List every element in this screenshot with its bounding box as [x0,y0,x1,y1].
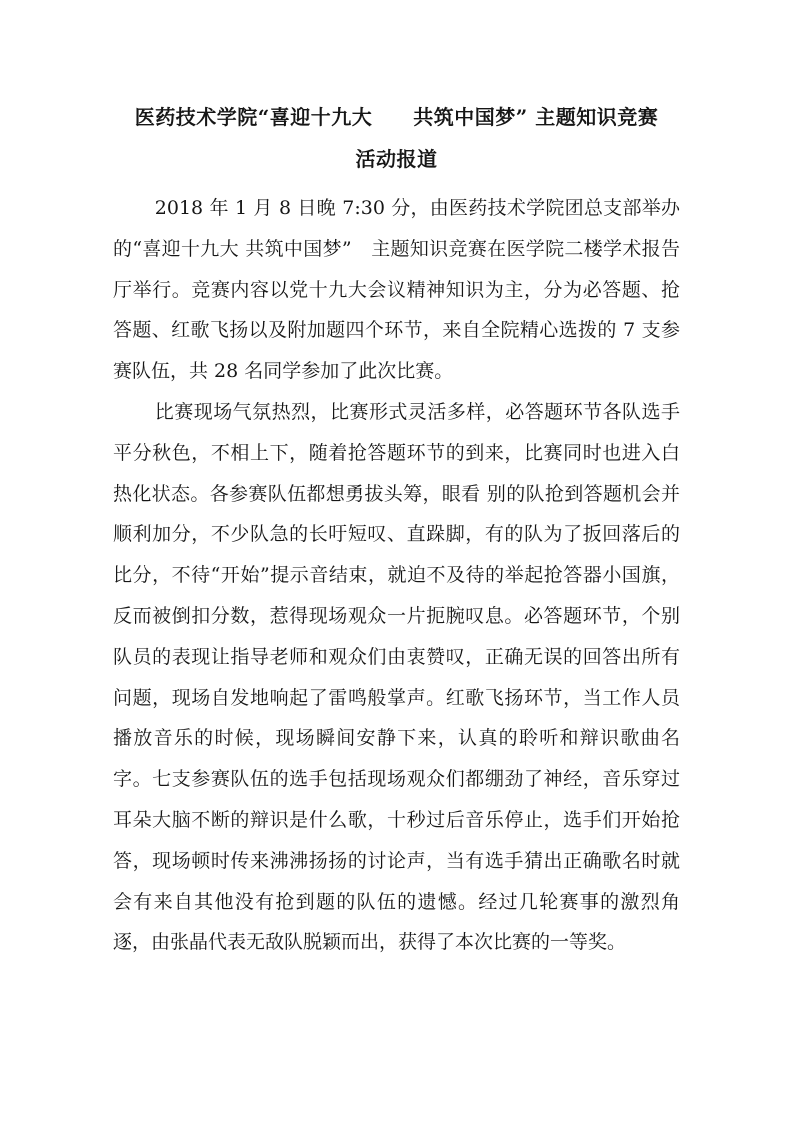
document-content: 医药技术学院“喜迎十九大 共筑中国梦” 主题知识竞赛 活动报道 2018 年 1… [113,96,680,963]
paragraph-event-intro: 2018 年 1 月 8 日晚 7:30 分，由医药技术学院团总支部举办的“喜迎… [113,188,680,392]
document-title: 医药技术学院“喜迎十九大 共筑中国梦” 主题知识竞赛 活动报道 [113,96,680,180]
title-line-1: 医药技术学院“喜迎十九大 共筑中国梦” 主题知识竞赛 [113,96,680,138]
paragraph-event-details: 比赛现场气氛热烈，比赛形式灵活多样，必答题环节各队选手平分秋色，不相上下，随着抢… [113,392,680,963]
document-page: 医药技术学院“喜迎十九大 共筑中国梦” 主题知识竞赛 活动报道 2018 年 1… [0,0,793,1122]
title-line-2: 活动报道 [113,138,680,180]
